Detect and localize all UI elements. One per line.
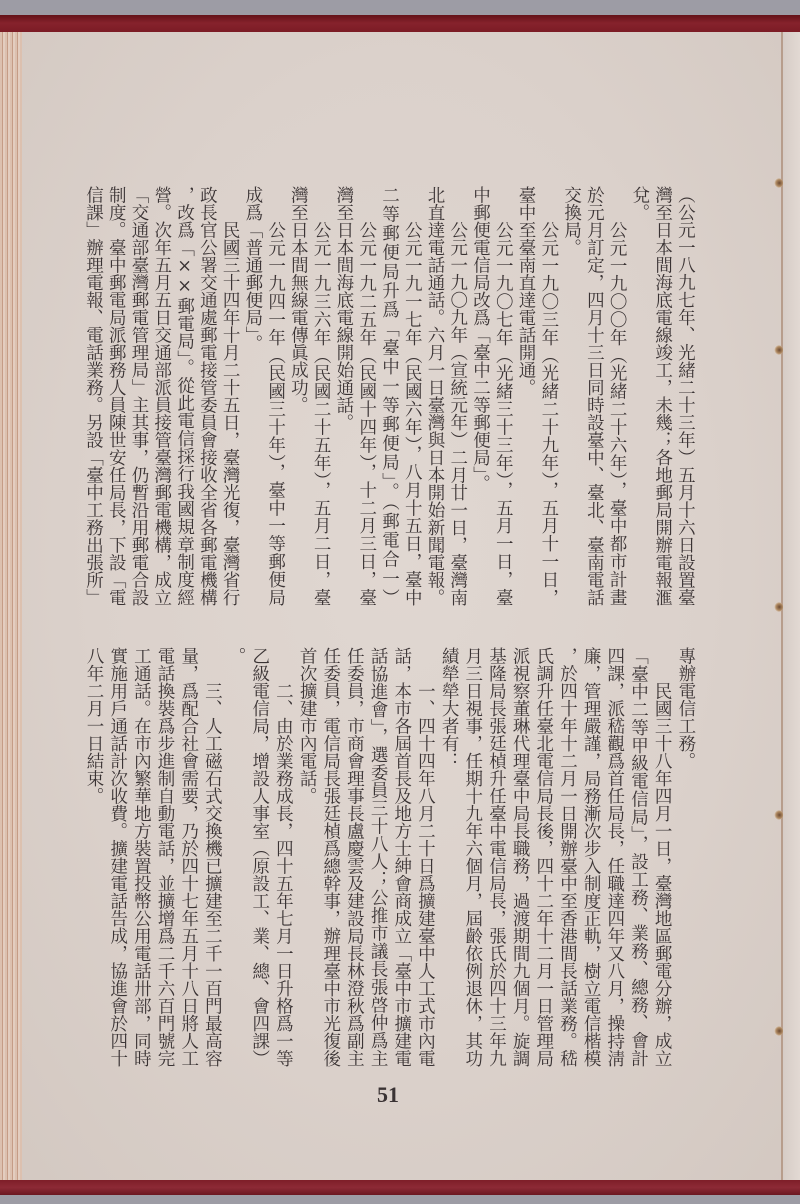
- text-column: 話，本市各屆首長及地方士紳會商成立「臺中市擴建電: [389, 647, 413, 1067]
- text-column: 公元一九三六年（民國二十五年），五月二日，臺: [309, 186, 332, 606]
- text-column: 話協進會」，選委員三十八人；公推市議長張啓仲爲主: [365, 647, 389, 1067]
- text-column: 制度。臺中郵電局派郵務人員陳世安任局長，下設「電: [105, 186, 128, 606]
- text-column: 「臺中二等甲級電信局」，設工務、業務、總務、會計: [626, 647, 650, 1067]
- text-column: 北直達電話通話。六月一日臺灣與日本開始新聞電報。: [423, 186, 446, 606]
- text-column: 灣至日本間無線電傳眞成功。: [287, 186, 310, 606]
- text-column: 公元一九〇九年（宣統元年）二月廿一日，臺灣南: [446, 186, 469, 606]
- text-column: （公元一八九七年、光緒二十三年）五月十六日設置臺: [674, 186, 697, 606]
- text-column: 於元月訂定，四月十三日同時設臺中、臺北、臺南電話: [583, 186, 606, 606]
- text-column: 交換局。: [560, 186, 583, 606]
- text-column: 營。次年五月五日交通部派員接管臺灣郵電機構，成立: [150, 186, 173, 606]
- binding-hole-icon: [774, 810, 783, 820]
- binding-hole-icon: [774, 1026, 783, 1036]
- text-column: 績犖犖大者有：: [436, 647, 460, 1067]
- text-column: 公元一九〇三年（光緒二十九年），五月十一日，: [537, 186, 560, 606]
- text-column: 灣至日本間海底電線開始通話。: [332, 186, 355, 606]
- text-column: 廉，管理嚴謹，局務漸次步入制度正軌，樹立電信楷模: [578, 647, 602, 1067]
- text-column: 兌。: [628, 186, 651, 606]
- text-column: 中郵便電信局改爲「臺中二等郵便局」。: [469, 186, 492, 606]
- text-column: 基隆局長張廷楨升任臺中電信局長，張氏於四十三年九: [484, 647, 508, 1067]
- text-column: 首次擴建市內電話。: [294, 647, 318, 1067]
- binding-hole-icon: [774, 178, 783, 188]
- text-column: ，改爲「××郵電局」。從此電信採行我國規章制度經: [173, 186, 196, 606]
- text-column: 「交通部臺灣郵電管理局」主其事，仍暫沿用郵電合設: [127, 186, 150, 606]
- text-column: 公元一九四一年（民國三十年），臺中一等郵便局: [264, 186, 287, 606]
- text-column: 一、四十四年八月二十日爲擴建臺中人工式市內電: [413, 647, 437, 1067]
- text-column: 成爲「普通郵便局」。: [241, 186, 264, 606]
- text-column: 二等郵便局升爲「臺中一等郵便局」。（郵電合一）: [378, 186, 401, 606]
- text-column: 專辦電信工務。: [673, 647, 697, 1067]
- text-column: 四課，派嵇觀爲首任局長，任職達四年又八月，操持淸: [602, 647, 626, 1067]
- text-column: 灣至日本間海底電線竣工，未幾；各地郵局開辦電報滙: [651, 186, 674, 606]
- binding-hole-icon: [774, 345, 783, 355]
- text-column: 氏調升任臺北電信局長後，四十二年十二月一日管理局: [531, 647, 555, 1067]
- text-column: 任委員，電信局長張廷楨爲總幹事，辦理臺中市光復後: [318, 647, 342, 1067]
- text-column: 實施用戶通話計次收費。擴建電話告成，協進會於四十: [105, 647, 129, 1067]
- page-number: 51: [368, 1082, 408, 1108]
- top-text-block: （公元一八九七年、光緒二十三年）五月十六日設置臺 灣至日本間海底電線竣工，未幾；…: [82, 186, 697, 606]
- text-column: 政長官公署交通處郵電接管委員會接收全省各郵電機構: [196, 186, 219, 606]
- binding-hole-icon: [774, 602, 783, 612]
- text-column: 任委員，市商會理事長盧慶雲及建設局長林澄秋爲副主: [342, 647, 366, 1067]
- next-page-edge: [783, 32, 800, 1181]
- text-column: 公元一九一七年（民國六年），八月十五日，臺中: [400, 186, 423, 606]
- text-column: 公元一九〇〇年（光緒二十六年），臺中都市計畫: [605, 186, 628, 606]
- text-column: 公元一九二五年（民國十四年），十二月三日，臺: [355, 186, 378, 606]
- text-column: 八年二月一日結束。: [81, 647, 105, 1067]
- bottom-text-block: 專辦電信工務。 民國三十八年四月一日，臺灣地區郵電分辦，成立 「臺中二等甲級電信…: [81, 647, 696, 1067]
- text-column: 民國三十四年十月二十五日，臺灣光復，臺灣省行: [218, 186, 241, 606]
- text-column: 月三日視事，任期十九年六個月，屆齡依例退休，其功: [460, 647, 484, 1067]
- text-column: 三、人工磁石式交換機已擴建至二千一百門最高容: [200, 647, 224, 1067]
- text-column: 臺中至臺南直達電話開通。: [514, 186, 537, 606]
- text-column: 二、由於業務成長，四十五年七月一日升格爲一等: [271, 647, 295, 1067]
- book-cover-edge-top: [0, 15, 800, 33]
- text-column: 電話換裝爲步進制自動電話，並擴增爲二千六百門號完: [152, 647, 176, 1067]
- page-edge-stack: [0, 32, 22, 1181]
- book-cover-edge-bottom: [0, 1180, 800, 1195]
- text-column: 信課」辦理電報、電話業務。另設「臺中工務出張所」: [82, 186, 105, 606]
- text-column: ，於四十年十二月一日開辦臺中至香港間長話業務。嵇: [555, 647, 579, 1067]
- text-column: 量，爲配合社會需要，乃於四十七年五月十八日將人工: [176, 647, 200, 1067]
- text-column: 工通話。在市內繁華地方裝置投幣公用電話卅部，同時: [129, 647, 153, 1067]
- text-column: 乙級電信局，增設人事室（原設工、業、總、會四課）: [247, 647, 271, 1067]
- text-column: 。: [223, 647, 247, 1067]
- text-column: 公元一九〇七年（光緒三十三年），五月一日，臺: [492, 186, 515, 606]
- text-column: 派視察董琳代理臺中局長職務，過渡期間九個月。旋調: [507, 647, 531, 1067]
- text-column: 民國三十八年四月一日，臺灣地區郵電分辦，成立: [649, 647, 673, 1067]
